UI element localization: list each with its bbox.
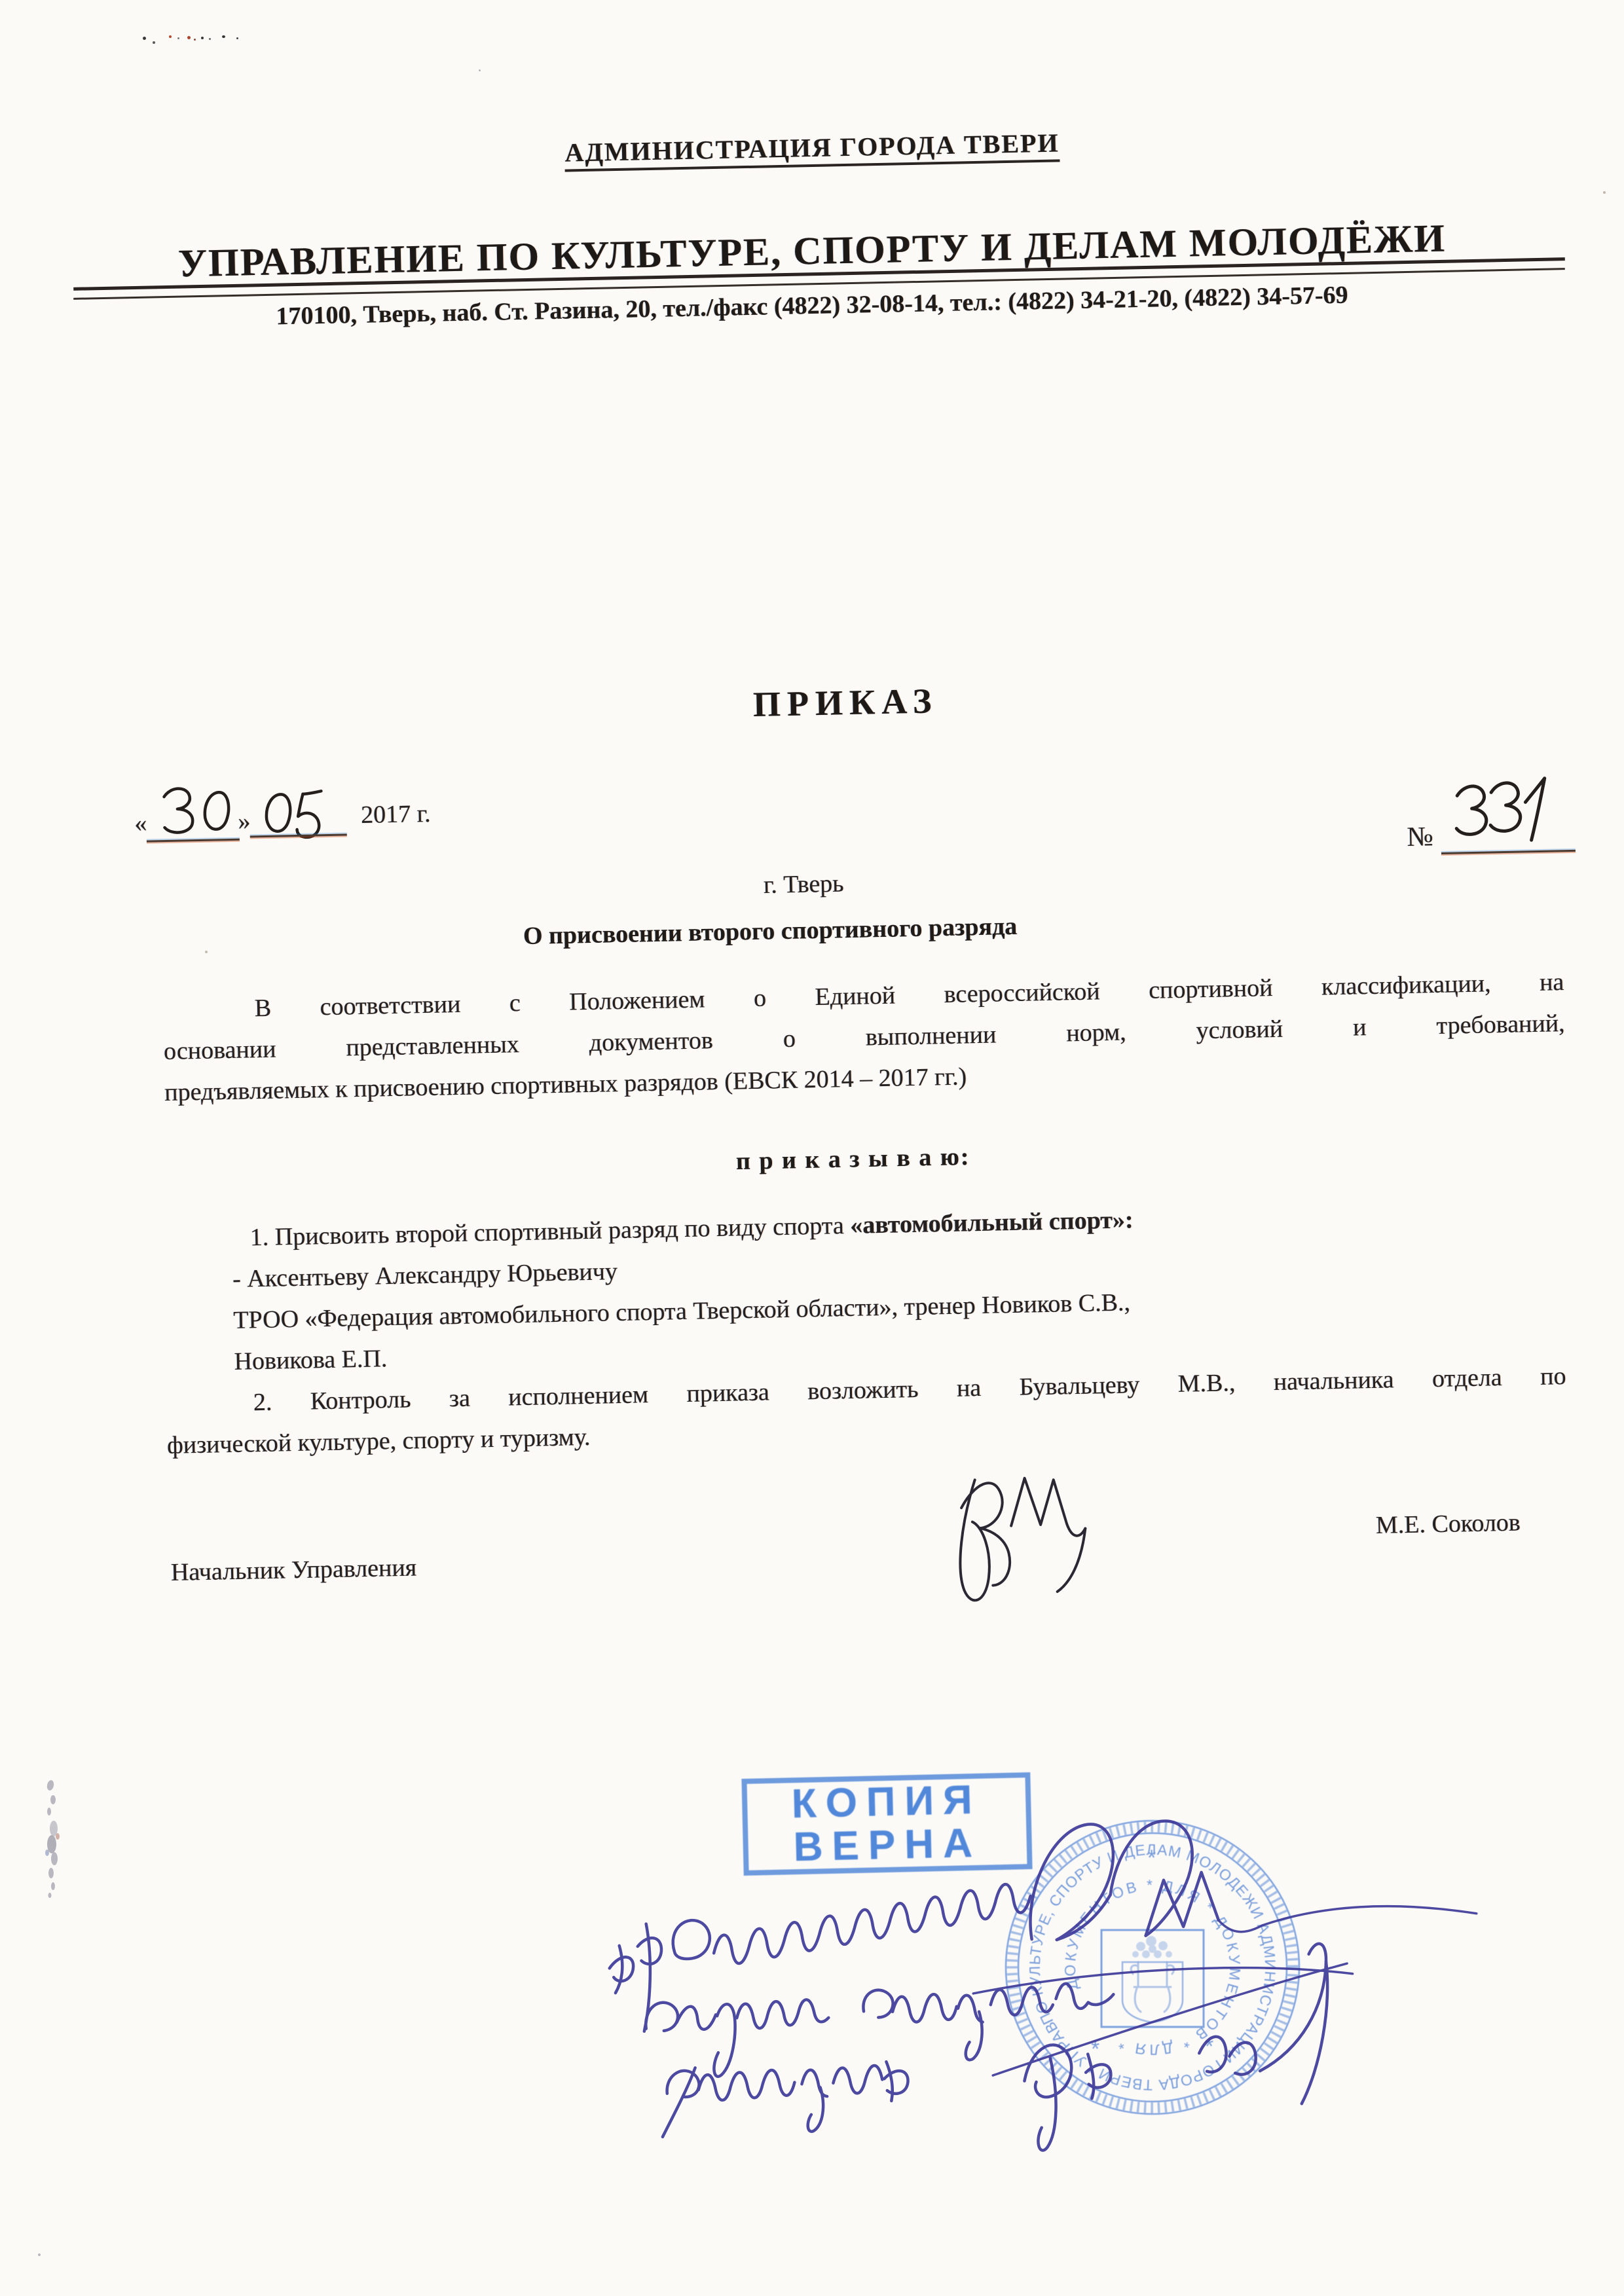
handwritten-month <box>262 788 329 848</box>
date-year: 2017 г. <box>361 799 431 829</box>
order-items: 1. Присвоить второй спортивный разряд по… <box>161 1191 1567 1467</box>
number-label: № <box>1407 821 1433 853</box>
subject-line: О присвоении второго спортивного разряда <box>523 912 1018 951</box>
place-line: г. Тверь <box>764 869 844 900</box>
doc-title: ПРИКАЗ <box>752 680 938 725</box>
date-group: « » 2017 г. <box>134 757 594 858</box>
director-signature <box>934 1454 1110 1630</box>
order-item-1-sport: «автомобильный спорт» <box>850 1207 1125 1239</box>
scanned-order-page: { "document": { "org_header": "АДМИНИСТР… <box>0 0 1624 2296</box>
certification-handwriting <box>583 1774 1525 2195</box>
handwritten-day <box>158 782 232 840</box>
number-group: № <box>1406 772 1604 867</box>
decree-word: п р и к а з ы в а ю: <box>736 1142 970 1176</box>
org-title: УПРАВЛЕНИЕ ПО КУЛЬТУРЕ, СПОРТУ И ДЕЛАМ М… <box>0 212 1624 290</box>
org-header: АДМИНИСТРАЦИЯ ГОРОДА ТВЕРИ <box>0 116 1624 179</box>
signatory-name: М.Е. Соколов <box>1376 1508 1521 1540</box>
signatory-position: Начальник Управления <box>171 1553 417 1587</box>
order-item-1-colon: : <box>1124 1206 1133 1233</box>
preamble-paragraph: В соответствии с Положением о Единой все… <box>162 962 1566 1114</box>
org-header-text: АДМИНИСТРАЦИЯ ГОРОДА ТВЕРИ <box>564 128 1060 172</box>
order-item-1-text: 1. Присвоить второй спортивный разряд по… <box>249 1212 850 1251</box>
scan-smudge <box>36 1777 75 1902</box>
number-underline <box>1441 850 1576 854</box>
handwritten-number <box>1450 773 1551 847</box>
date-quote-open: « <box>134 809 147 838</box>
date-quote-close: » <box>238 807 251 835</box>
